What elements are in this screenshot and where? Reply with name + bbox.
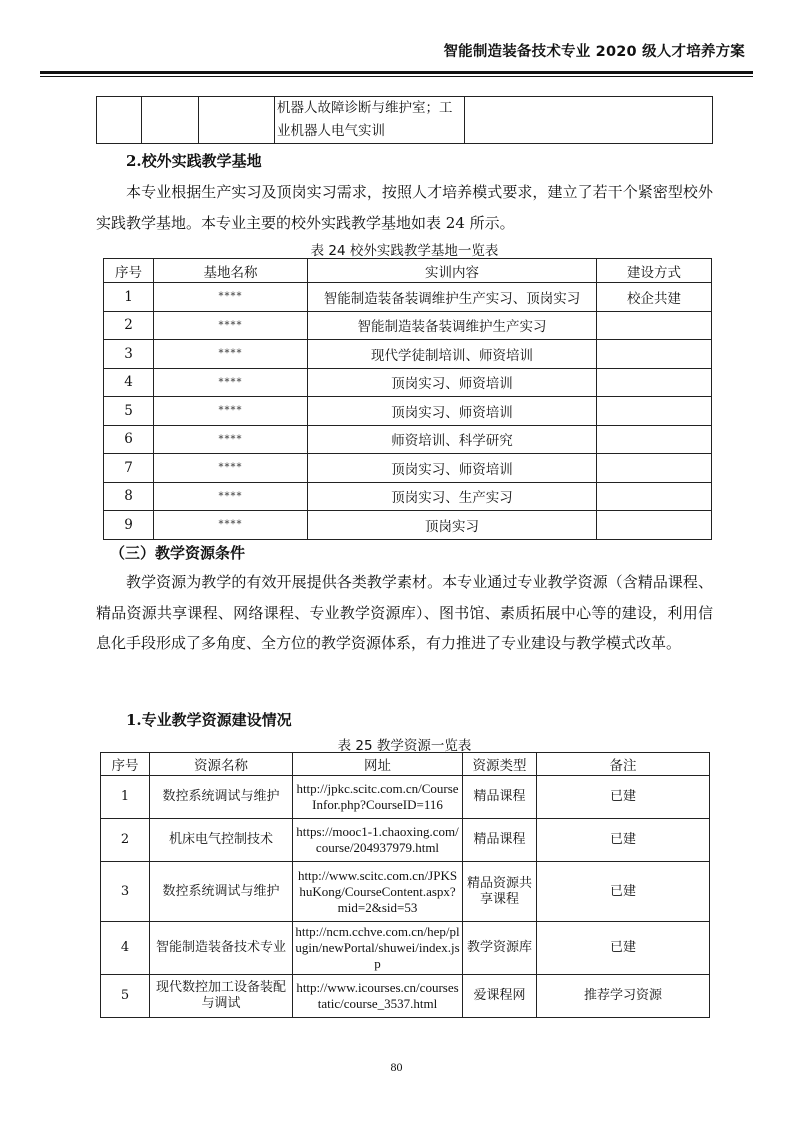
table-cell: **** xyxy=(154,311,308,340)
table-row: 5现代数控加工设备装配与调试http://www.icourses.cn/cou… xyxy=(101,975,710,1018)
table-cell: 数控系统调试与维护 xyxy=(150,776,293,819)
table-cell: 2 xyxy=(104,311,154,340)
table-cell: 8 xyxy=(104,482,154,511)
continued-table-fragment: 机器人故障诊断与维护室；工业机器人电气实训 xyxy=(96,96,713,144)
table-cell: 4 xyxy=(104,368,154,397)
table-cell: 顶岗实习、师资培训 xyxy=(308,454,597,483)
column-header: 备注 xyxy=(537,753,710,776)
table-cell: 智能制造装备技术专业 xyxy=(150,922,293,975)
table-cell: 2 xyxy=(101,819,150,862)
url-link[interactable]: http://ncm.cchve.com.cn/hep/plugin/newPo… xyxy=(293,922,463,975)
table-cell: 校企共建 xyxy=(597,283,712,312)
table-cell: 9 xyxy=(104,511,154,540)
table-cell: 5 xyxy=(101,975,150,1018)
table-caption: 表 25 教学资源一览表 xyxy=(96,734,713,754)
table-cell: 3 xyxy=(101,862,150,922)
url-link[interactable]: https://mooc1-1.chaoxing.com/course/2049… xyxy=(293,819,463,862)
column-header: 序号 xyxy=(104,259,154,283)
table-cell: 已建 xyxy=(537,862,710,922)
table-cell: 顶岗实习 xyxy=(308,511,597,540)
table-cell: 已建 xyxy=(537,776,710,819)
header-rule xyxy=(40,71,753,74)
table-row: 1数控系统调试与维护http://jpkc.scitc.com.cn/Cours… xyxy=(101,776,710,819)
table-cell: **** xyxy=(154,482,308,511)
table-cell: 已建 xyxy=(537,819,710,862)
table-cell: 1 xyxy=(101,776,150,819)
table-cell xyxy=(597,425,712,454)
section-heading: （三）教学资源条件 xyxy=(110,542,245,563)
table-cell xyxy=(597,454,712,483)
table-cell: 精品课程 xyxy=(463,819,537,862)
table-header-row: 序号 基地名称 实训内容 建设方式 xyxy=(104,259,712,283)
paragraph: 教学资源为教学的有效开展提供各类教学素材。本专业通过专业教学资源（含精品课程、精… xyxy=(96,567,713,659)
table-cell: 4 xyxy=(101,922,150,975)
table-cell: 1 xyxy=(104,283,154,312)
table-cell: **** xyxy=(154,425,308,454)
table-row: 3数控系统调试与维护http://www.scitc.com.cn/JPKShu… xyxy=(101,862,710,922)
column-header: 基地名称 xyxy=(154,259,308,283)
table-cell: 推荐学习资源 xyxy=(537,975,710,1018)
column-header: 资源类型 xyxy=(463,753,537,776)
table-cell: 6 xyxy=(104,425,154,454)
table-cell: 师资培训、科学研究 xyxy=(308,425,597,454)
table-cell: 7 xyxy=(104,454,154,483)
table-cell: 现代数控加工设备装配与调试 xyxy=(150,975,293,1018)
table-cell: **** xyxy=(154,283,308,312)
section-heading: 1.专业教学资源建设情况 xyxy=(126,709,292,730)
table-cell: 3 xyxy=(104,340,154,369)
table-cell: 爱课程网 xyxy=(463,975,537,1018)
column-header: 序号 xyxy=(101,753,150,776)
table-row: 9****顶岗实习 xyxy=(104,511,712,540)
table-row: 4****顶岗实习、师资培训 xyxy=(104,368,712,397)
table-cell: 机床电气控制技术 xyxy=(150,819,293,862)
table-cell: 精品课程 xyxy=(463,776,537,819)
table-cell: 顶岗实习、师资培训 xyxy=(308,368,597,397)
header-rule-thin xyxy=(40,76,753,77)
page-number: 80 xyxy=(0,1060,793,1075)
table-row: 4智能制造装备技术专业http://ncm.cchve.com.cn/hep/p… xyxy=(101,922,710,975)
section-heading: 2.校外实践教学基地 xyxy=(126,150,262,171)
table-cell: 5 xyxy=(104,397,154,426)
table-cell xyxy=(597,368,712,397)
table-cell xyxy=(97,97,142,144)
table-cell: 机器人故障诊断与维护室；工业机器人电气实训 xyxy=(275,97,465,144)
table-cell: **** xyxy=(154,454,308,483)
table-cell: 智能制造装备装调维护生产实习、顶岗实习 xyxy=(308,283,597,312)
column-header: 建设方式 xyxy=(597,259,712,283)
table-row: 7****顶岗实习、师资培训 xyxy=(104,454,712,483)
table-row: 6****师资培训、科学研究 xyxy=(104,425,712,454)
page-header-title: 智能制造装备技术专业 2020 级人才培养方案 xyxy=(0,40,745,61)
table-cell: 精品资源共享课程 xyxy=(463,862,537,922)
table-cell xyxy=(142,97,199,144)
url-link[interactable]: http://jpkc.scitc.com.cn/CourseInfor.php… xyxy=(293,776,463,819)
table-cell xyxy=(597,311,712,340)
table-cell: 已建 xyxy=(537,922,710,975)
table-row: 8****顶岗实习、生产实习 xyxy=(104,482,712,511)
table-cell: **** xyxy=(154,368,308,397)
table-row: 2机床电气控制技术https://mooc1-1.chaoxing.com/co… xyxy=(101,819,710,862)
url-link[interactable]: http://www.icourses.cn/coursestatic/cour… xyxy=(293,975,463,1018)
table-header-row: 序号 资源名称 网址 资源类型 备注 xyxy=(101,753,710,776)
table-cell xyxy=(199,97,275,144)
table-24: 序号 基地名称 实训内容 建设方式 1****智能制造装备装调维护生产实习、顶岗… xyxy=(103,258,712,540)
table-row: 3****现代学徒制培训、师资培训 xyxy=(104,340,712,369)
table-25: 序号 资源名称 网址 资源类型 备注 1数控系统调试与维护http://jpkc… xyxy=(100,752,710,1018)
table-cell: **** xyxy=(154,511,308,540)
column-header: 网址 xyxy=(293,753,463,776)
table-row: 1****智能制造装备装调维护生产实习、顶岗实习校企共建 xyxy=(104,283,712,312)
table-cell: **** xyxy=(154,340,308,369)
table-cell xyxy=(597,340,712,369)
table-cell: 智能制造装备装调维护生产实习 xyxy=(308,311,597,340)
table-cell xyxy=(465,97,713,144)
table-cell: 现代学徒制培训、师资培训 xyxy=(308,340,597,369)
table-cell: 教学资源库 xyxy=(463,922,537,975)
table-cell: 顶岗实习、师资培训 xyxy=(308,397,597,426)
column-header: 资源名称 xyxy=(150,753,293,776)
url-link[interactable]: http://www.scitc.com.cn/JPKShuKong/Cours… xyxy=(293,862,463,922)
table-cell: **** xyxy=(154,397,308,426)
table-row: 2****智能制造装备装调维护生产实习 xyxy=(104,311,712,340)
table-cell xyxy=(597,482,712,511)
table-cell: 顶岗实习、生产实习 xyxy=(308,482,597,511)
table-row: 5****顶岗实习、师资培训 xyxy=(104,397,712,426)
paragraph: 本专业根据生产实习及顶岗实习需求，按照人才培养模式要求，建立了若干个紧密型校外实… xyxy=(96,177,713,238)
table-cell: 数控系统调试与维护 xyxy=(150,862,293,922)
table-caption: 表 24 校外实践教学基地一览表 xyxy=(96,239,713,259)
table-row: 机器人故障诊断与维护室；工业机器人电气实训 xyxy=(97,97,713,144)
table-cell xyxy=(597,511,712,540)
table-cell xyxy=(597,397,712,426)
column-header: 实训内容 xyxy=(308,259,597,283)
